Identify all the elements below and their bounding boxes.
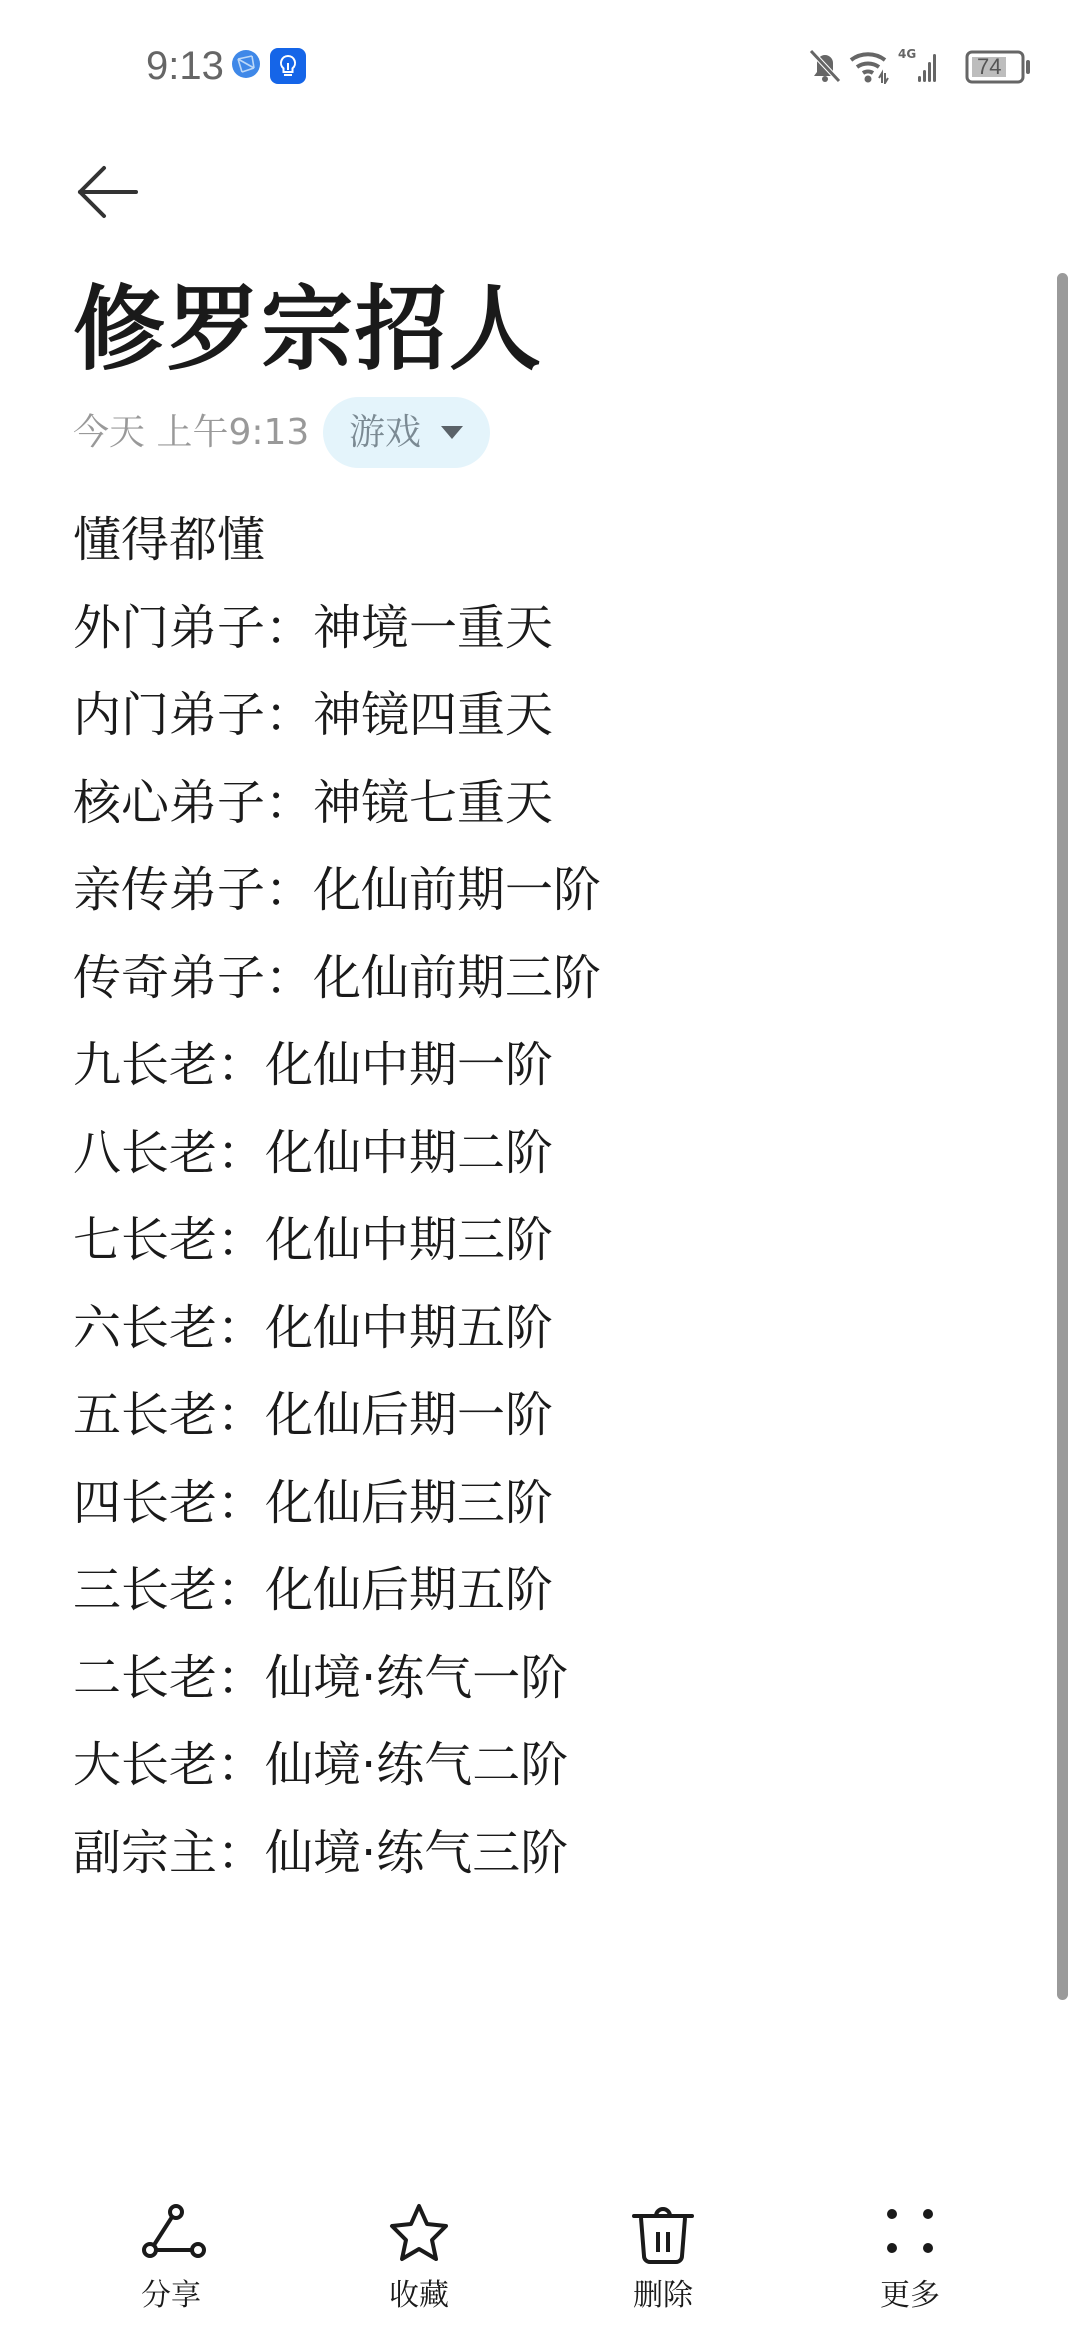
favorite-button[interactable]: 收藏 bbox=[349, 2200, 489, 2320]
wifi-icon bbox=[848, 48, 894, 88]
more-label: 更多 bbox=[880, 2278, 940, 2314]
note-line: 三长老：化仙后期五阶 bbox=[73, 1547, 601, 1635]
share-icon bbox=[136, 2200, 206, 2270]
note-line: 传奇弟子：化仙前期三阶 bbox=[73, 935, 601, 1023]
note-line: 外门弟子：神境一重天 bbox=[73, 585, 601, 673]
delete-button[interactable]: 删除 bbox=[593, 2200, 733, 2320]
battery-icon: 74 bbox=[965, 50, 1031, 84]
share-label: 分享 bbox=[141, 2278, 201, 2314]
note-line: 九长老：化仙中期一阶 bbox=[73, 1022, 601, 1110]
trash-icon bbox=[628, 2200, 698, 2270]
note-line: 懂得都懂 bbox=[73, 497, 601, 585]
note-timestamp: 今天 上午9:13 bbox=[73, 412, 309, 454]
delete-label: 删除 bbox=[633, 2278, 693, 2314]
note-line: 七长老：化仙中期三阶 bbox=[73, 1197, 601, 1285]
browser-globe-icon bbox=[232, 50, 260, 78]
note-line: 八长老：化仙中期二阶 bbox=[73, 1110, 601, 1198]
status-time: 9:13 bbox=[146, 42, 224, 90]
note-line: 副宗主：仙境·练气三阶 bbox=[73, 1810, 601, 1898]
more-button[interactable]: 更多 bbox=[840, 2200, 980, 2320]
lightbulb-app-icon bbox=[270, 48, 306, 84]
status-right-icons: 4G 74 bbox=[760, 0, 1080, 130]
battery-level: 74 bbox=[977, 52, 1001, 82]
note-line: 二长老：仙境·练气一阶 bbox=[73, 1635, 601, 1723]
favorite-label: 收藏 bbox=[389, 2278, 449, 2314]
back-button[interactable] bbox=[68, 155, 148, 230]
note-line: 五长老：化仙后期一阶 bbox=[73, 1372, 601, 1460]
signal-4g-icon: 4G bbox=[898, 46, 938, 90]
note-line: 内门弟子：神镜四重天 bbox=[73, 672, 601, 760]
svg-text:4G: 4G bbox=[898, 47, 916, 61]
note-line: 四长老：化仙后期三阶 bbox=[73, 1460, 601, 1548]
note-line: 大长老：仙境·练气二阶 bbox=[73, 1722, 601, 1810]
category-dropdown[interactable]: 游戏 bbox=[323, 397, 490, 468]
caret-down-icon bbox=[441, 426, 463, 439]
status-bar: 9:13 4G 74 bbox=[0, 0, 1080, 130]
scrollbar[interactable] bbox=[1057, 273, 1068, 2000]
note-line: 六长老：化仙中期五阶 bbox=[73, 1285, 601, 1373]
note-body[interactable]: 懂得都懂 外门弟子：神境一重天 内门弟子：神镜四重天 核心弟子：神镜七重天 亲传… bbox=[73, 497, 601, 1897]
category-label: 游戏 bbox=[349, 412, 421, 454]
star-icon bbox=[384, 2200, 454, 2270]
bottom-toolbar: 分享 收藏 删除 更多 bbox=[0, 2180, 1080, 2340]
arrow-left-icon bbox=[68, 155, 148, 230]
more-dots-icon bbox=[875, 2200, 945, 2270]
share-button[interactable]: 分享 bbox=[101, 2200, 241, 2320]
bell-muted-icon bbox=[808, 48, 842, 88]
note-line: 核心弟子：神镜七重天 bbox=[73, 760, 601, 848]
note-title[interactable]: 修罗宗招人 bbox=[73, 272, 543, 388]
note-line: 亲传弟子：化仙前期一阶 bbox=[73, 847, 601, 935]
